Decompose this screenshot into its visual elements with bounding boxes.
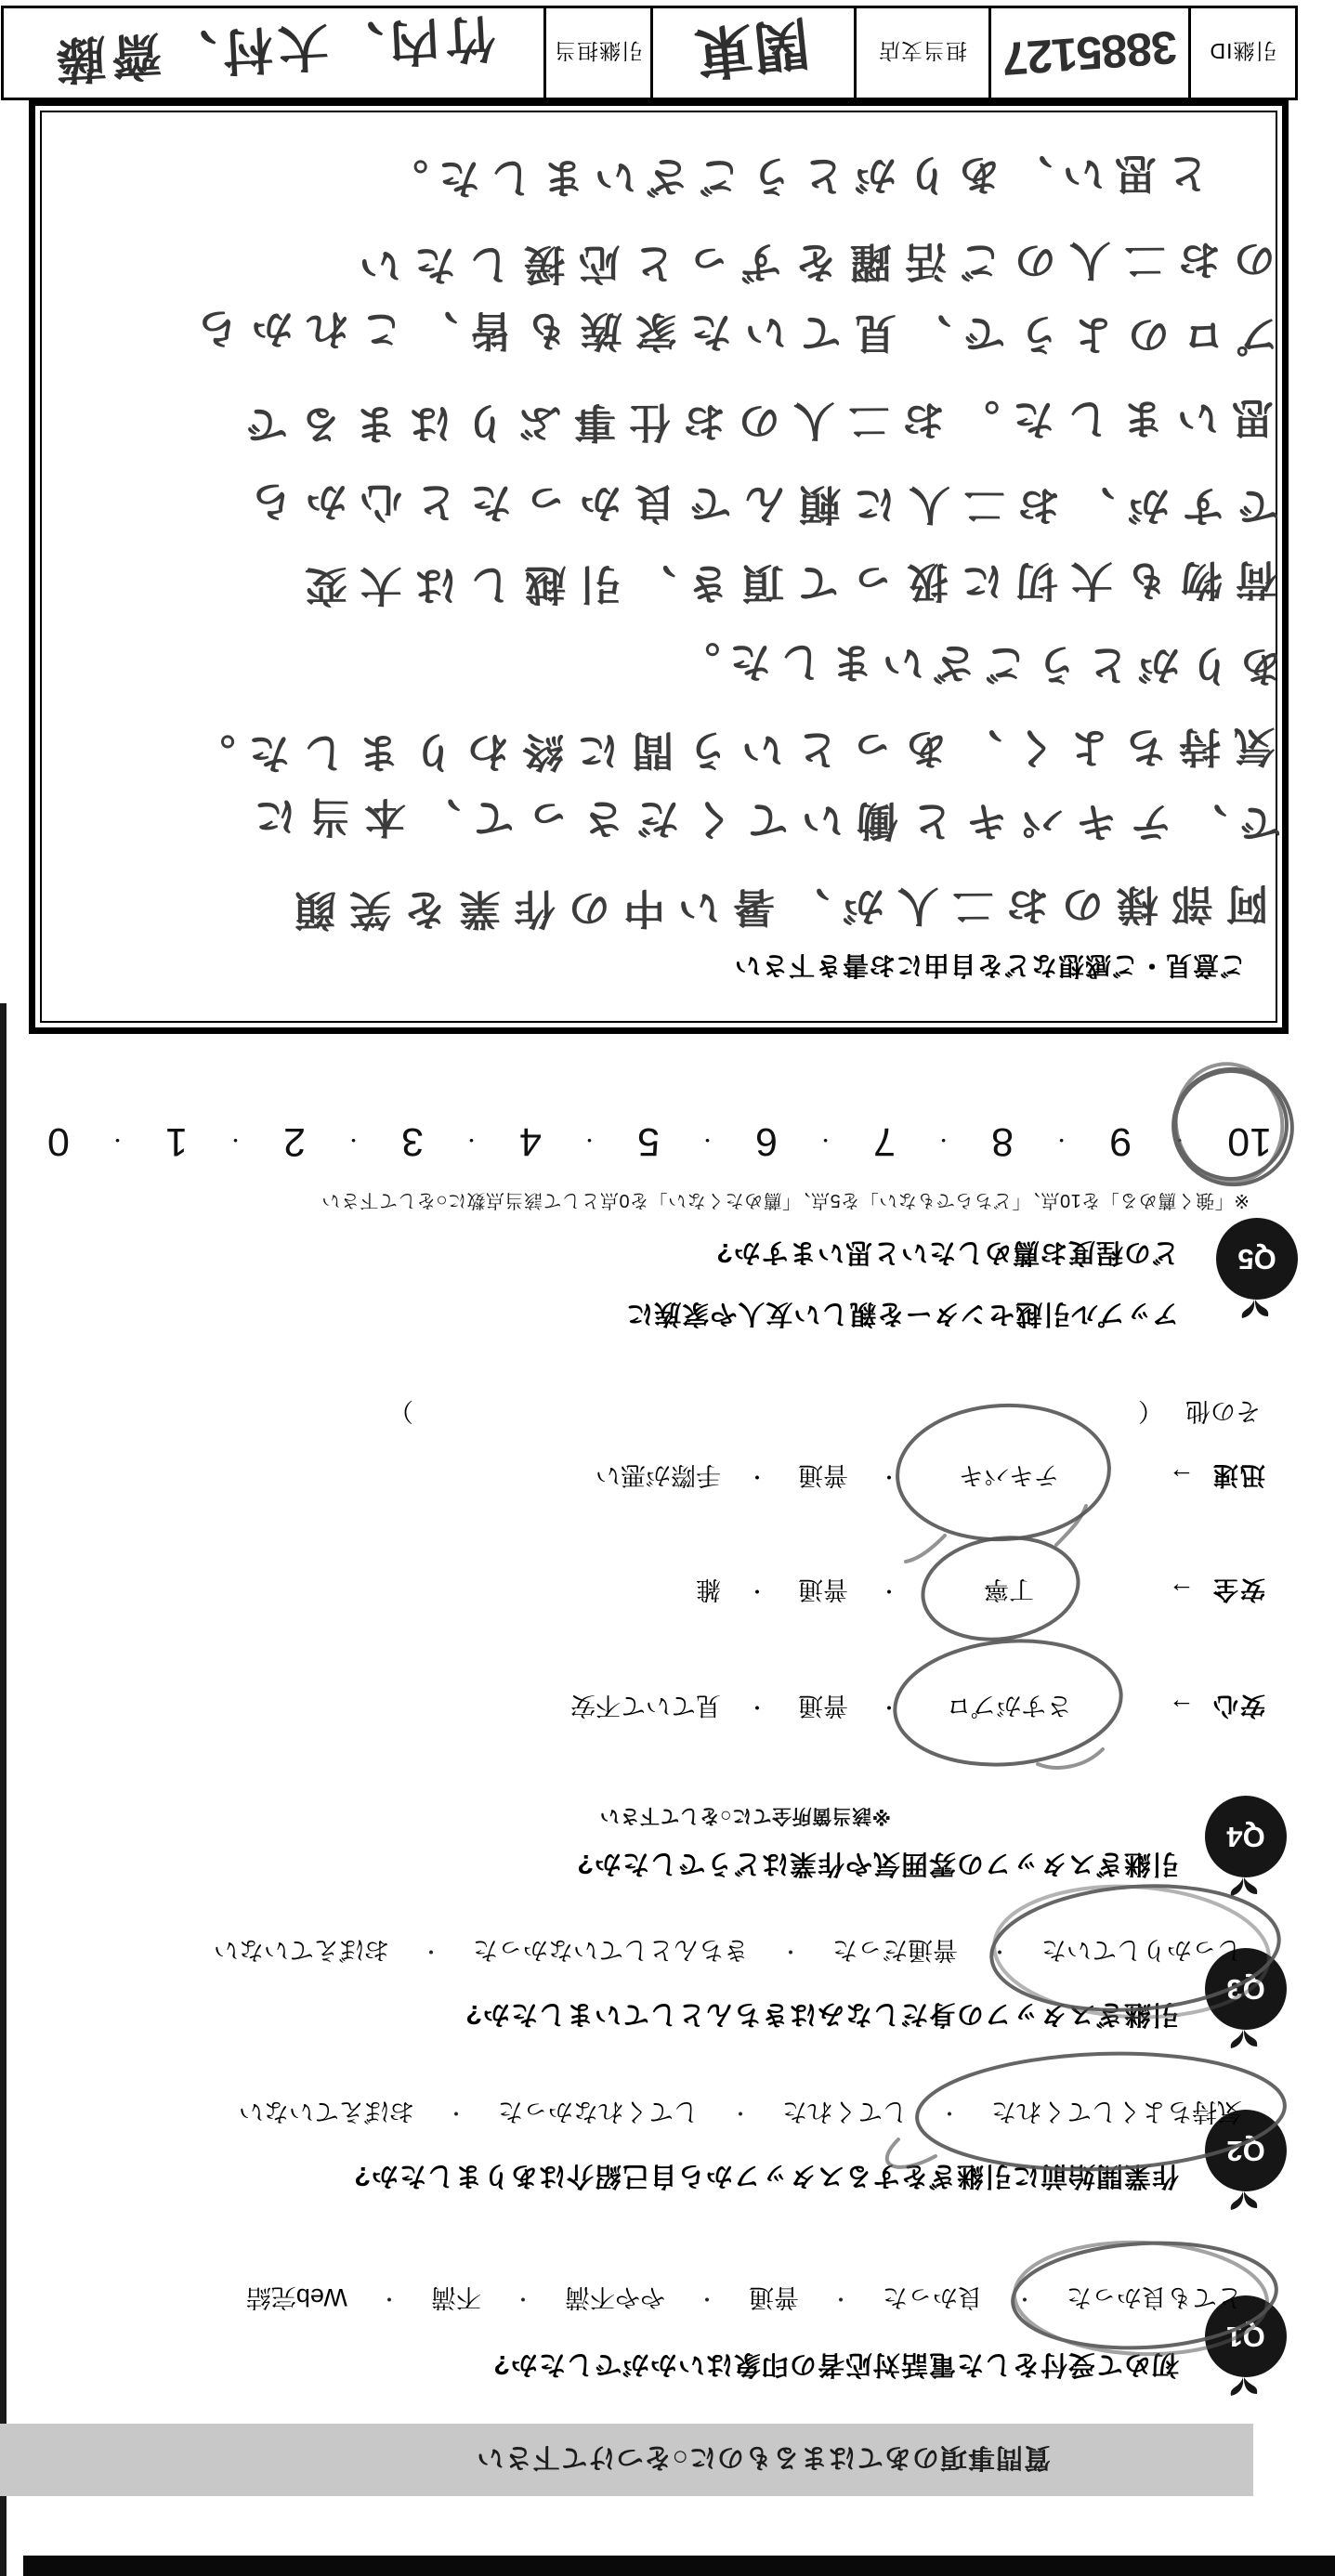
arrow-icon: → <box>1148 1463 1195 1493</box>
option-separator: ・ <box>939 2099 960 2128</box>
scale-separator: ・ <box>581 1128 599 1155</box>
question-badge-q4-label: Q4 <box>1205 1796 1287 1877</box>
footer-staff-value: 竹内、大村、齋藤 <box>4 8 546 98</box>
footer-id-value: 3885127 <box>991 8 1191 98</box>
q4-row-anshin: 安心 → さすがプロ ・ 普通 ・ 見ていて不安 <box>570 1690 1265 1726</box>
scan-edge-top <box>23 2556 1335 2576</box>
q4-row-label-2: 迅速 <box>1195 1459 1265 1496</box>
scale-value-10: 10 <box>1227 1118 1272 1164</box>
sprout-icon <box>1225 2028 1263 2052</box>
footer-branch-label: 担当支店 <box>857 8 991 98</box>
option-q1-5: Web完結 <box>246 2282 347 2318</box>
option-separator: ・ <box>730 2099 751 2128</box>
sprout-icon <box>1225 1876 1263 1900</box>
scanned-survey-screenshot: 質問事項のあてはまるものに○をつけて下さい Q1 初めて受付をした電話対応者の印… <box>0 0 1335 2576</box>
scale-value-5: 5 <box>637 1118 660 1164</box>
options-q2: 気持ちよくしてくれた・ してくれた・ してくれなかった・ おぼえていない <box>239 2096 1242 2132</box>
option-separator: ・ <box>379 2285 399 2314</box>
comment-line-3: 気持ちよく、あっという間に終わりました。 <box>180 720 1276 788</box>
question-text-q3: 引継ぎスタッフの身だしなみはきちんとしていましたか? <box>465 1997 1179 2035</box>
scale-separator: ・ <box>699 1128 717 1155</box>
scale-separator: ・ <box>108 1128 126 1155</box>
option-q4r1-2: 雑 <box>696 1574 721 1610</box>
question-badge-q4: Q4 <box>1205 1794 1287 1898</box>
option-q2-2: してくれなかった <box>498 2096 699 2132</box>
question-text-q5-line1: アップル引越センターを親しい友人や家族に <box>625 1297 1179 1335</box>
comment-line-4: ありがとうございました。 <box>669 634 1283 700</box>
option-q3-0: しっかりしていた <box>1041 1934 1242 1970</box>
scale-separator: ・ <box>935 1128 953 1155</box>
q4-other-label: その他 <box>1185 1395 1261 1432</box>
option-separator: ・ <box>747 1463 767 1492</box>
sprout-icon <box>1237 1298 1274 1322</box>
question-text-q4: 引継ぎスタッフの雰囲気や作業はどうでしたか? <box>576 1847 1179 1885</box>
comment-line-8: プロのようで、見ていた家族も皆、これから <box>184 302 1280 370</box>
option-separator: ・ <box>780 1938 801 1967</box>
option-q4r2-1: 普通 <box>793 1459 853 1496</box>
option-q4r2-2: 手際が悪い <box>596 1459 721 1496</box>
q4-other-paren-open: （ <box>1138 1395 1163 1432</box>
scale-separator: ・ <box>226 1128 244 1155</box>
q4-row-anzen: 安全 → 丁寧 ・ 普通 ・ 雑 <box>696 1574 1265 1610</box>
rotated-survey-sheet: 質問事項のあてはまるものに○をつけて下さい Q1 初めて受付をした電話対応者の印… <box>0 0 1335 2576</box>
option-separator: ・ <box>1014 2285 1035 2314</box>
footer-branch-value: 関東 <box>653 8 857 98</box>
option-q4r1-1: 普通 <box>793 1574 853 1610</box>
option-separator: ・ <box>989 1938 1010 1967</box>
options-q1: とても良かった・ 良かった・ 普通・ やや不満・ 不満・ Web完結 <box>246 2282 1242 2318</box>
comment-heading: ご意見・ご感想などを自由にお書き下さい <box>734 948 1246 986</box>
option-q1-1: 良かった <box>883 2282 983 2318</box>
instruction-banner-text: 質問事項のあてはまるものに○をつけて下さい <box>476 2441 1051 2479</box>
scale-value-4: 4 <box>519 1118 542 1164</box>
footer-id-label: 引継ID <box>1191 8 1295 98</box>
scale-value-2: 2 <box>283 1118 306 1164</box>
option-separator: ・ <box>697 2285 717 2314</box>
scale-value-1: 1 <box>165 1118 188 1164</box>
question-note-q4: ※該当箇所全てに○をして下さい <box>599 1803 891 1831</box>
option-q4r0-0: さすがプロ <box>925 1690 1093 1726</box>
scale-separator: ・ <box>463 1128 481 1155</box>
scan-edge-right <box>0 1003 7 2576</box>
q4-row-other: その他 （ ） <box>388 1395 1261 1432</box>
footer-staff-label: 引継担当 <box>546 8 653 98</box>
comment-line-7: 思いました。お二人のお仕事ぶりはまるで <box>232 391 1274 459</box>
option-q3-1: 普通だった <box>832 1934 958 1970</box>
scale-value-9: 9 <box>1109 1118 1132 1164</box>
scale-value-0: 0 <box>47 1118 70 1164</box>
options-q3: しっかりしていた・ 普通だった・ きちんとしていなかった・ おぼえていない <box>214 1934 1242 1970</box>
option-separator: ・ <box>879 1463 899 1492</box>
option-separator: ・ <box>747 1693 767 1722</box>
comment-line-9: のお二人のご活躍をずっと応援したい <box>346 233 1276 300</box>
option-q2-0: 気持ちよくしてくれた <box>991 2096 1242 2132</box>
sprout-icon <box>1225 2375 1263 2399</box>
scale-value-3: 3 <box>401 1118 424 1164</box>
rating-scale: 10・ 9・ 8・ 7・ 6・ 5・ 4・ 3・ 2・ 1・ 0 <box>47 1118 1272 1164</box>
question-text-q5-line2: どの程度お薦めしたいと思いますか? <box>715 1236 1179 1274</box>
option-q4r1-0: 丁寧 <box>925 1574 1093 1610</box>
scale-value-6: 6 <box>755 1118 778 1164</box>
q4-row-label-1: 安全 <box>1195 1574 1265 1610</box>
question-badge-q5-label: Q5 <box>1216 1218 1298 1300</box>
option-q4r0-1: 普通 <box>793 1690 853 1726</box>
footer-table: 引継ID 3885127 担当支店 関東 引継担当 竹内、大村、齋藤 <box>1 6 1298 100</box>
option-q1-4: 不満 <box>431 2282 481 2318</box>
scale-separator: ・ <box>1053 1128 1071 1155</box>
scale-separator: ・ <box>817 1128 835 1155</box>
arrow-icon: → <box>1148 1577 1195 1607</box>
option-q1-0: とても良かった <box>1067 2282 1242 2318</box>
q4-row-jinsoku: 迅速 → テキパキ ・ 普通 ・ 手際が悪い <box>596 1459 1265 1496</box>
question-text-q1: 初めて受付をした電話対応者の印象はいかがでしたか? <box>492 2347 1179 2386</box>
comment-line-5: 荷物も大切に扱って頂き、引越しは大変 <box>293 553 1278 620</box>
option-separator: ・ <box>421 1938 441 1967</box>
option-separator: ・ <box>879 1693 899 1722</box>
comment-line-1: 阿部様のお二人が、暑い中の作業を笑顔 <box>281 877 1268 944</box>
option-separator: ・ <box>446 2099 466 2128</box>
question-note-q5: ※「強く薦める」を10点、「どちらでもない」を5点、「薦めたくない」を0点として… <box>321 1189 1250 1216</box>
arrow-icon: → <box>1148 1693 1195 1723</box>
option-separator: ・ <box>513 2285 533 2314</box>
option-q1-3: やや不満 <box>565 2282 665 2318</box>
scale-value-8: 8 <box>991 1118 1014 1164</box>
scale-separator: ・ <box>1171 1128 1189 1155</box>
option-q2-3: おぼえていない <box>239 2096 414 2132</box>
scale-separator: ・ <box>345 1128 363 1155</box>
sprout-icon <box>1225 2190 1263 2214</box>
option-q4r2-0: テキパキ <box>925 1459 1093 1496</box>
instruction-banner: 質問事項のあてはまるものに○をつけて下さい <box>0 2424 1253 2496</box>
scale-value-7: 7 <box>873 1118 896 1164</box>
question-text-q2: 作業開始前に引継ぎをするスタッフから自己紹介はありましたか? <box>353 2159 1179 2197</box>
option-separator: ・ <box>879 1577 899 1606</box>
q4-other-paren-close: ） <box>388 1395 413 1432</box>
comment-line-2: で、テキパキと働いてくださって、本当に <box>242 790 1282 857</box>
option-q2-1: してくれた <box>782 2096 908 2132</box>
option-q1-2: 普通 <box>749 2282 799 2318</box>
question-badge-q5: Q5 <box>1216 1216 1298 1320</box>
q4-row-label-0: 安心 <box>1195 1690 1265 1726</box>
option-q3-3: おぼえていない <box>214 1934 389 1970</box>
option-q4r0-2: 見ていて不安 <box>570 1690 721 1726</box>
option-separator: ・ <box>831 2285 851 2314</box>
comment-line-10: と思い、ありがとうございました。 <box>376 147 1209 213</box>
comment-line-6: ですが、お二人に頼んで良かったと心から <box>238 475 1279 541</box>
option-q3-2: きちんとしていなかった <box>473 1934 749 1970</box>
option-separator: ・ <box>747 1577 767 1606</box>
